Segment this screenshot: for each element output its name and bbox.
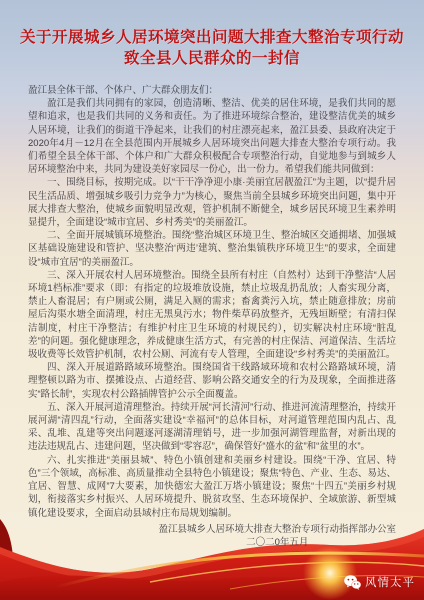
- letter-page: 关于开展城乡人居环境突出问题大排查大整治专项行动 致全县人民群众的一封信 盈江县…: [0, 0, 424, 600]
- signature-office: 盈江县城乡人居环境大排查大整治专项行动指挥部办公室: [158, 523, 396, 537]
- footer-brand[interactable]: 风情太平: [344, 574, 415, 590]
- signature-date: 二〇二0年五月: [158, 536, 396, 550]
- paragraph-item-2: 二、全面开展城镇环境整治。围绕“整治城区环境卫生、整治城区交通拥堵、加强城区基础…: [28, 229, 396, 269]
- signature-block: 盈江县城乡人居环境大排查大整治专项行动指挥部办公室 二〇二0年五月: [158, 523, 396, 550]
- paragraph-item-6: 六、扎实推进“美丽县城”、特色小镇创建和美丽乡村建设。围绕“干净、宜居、特色”三…: [28, 454, 396, 520]
- paragraph-intro: 盈江是我们共同拥有的家园，创造清晰、整洁、优美的居住环境，是我们共同的愿望和追求…: [28, 97, 396, 176]
- title-line-2: 致全县人民群众的一封信: [0, 48, 424, 69]
- paragraph-item-3: 三、深入开展农村人居环境整治。围绕全县所有村庄（自然村）达到干净整洁“人居环境1…: [28, 269, 396, 361]
- title-line-1: 关于开展城乡人居环境突出问题大排查大整治专项行动: [0, 27, 424, 48]
- paragraph-item-4: 四、深入开展道路路域环境整治。围绕国省干线路域环境和农村公路路域环境，清理整顿以…: [28, 361, 396, 401]
- footer-brand-label: 风情太平: [365, 574, 415, 590]
- wechat-icon: [344, 575, 361, 590]
- page-title: 关于开展城乡人居环境突出问题大排查大整治专项行动 致全县人民群众的一封信: [0, 27, 424, 69]
- paragraph-item-5: 五、深入开展河道清理整治。持续开展“河长清河”行动、推进河流清理整治，持续开展河…: [28, 401, 396, 454]
- salutation: 盈江县全体干部、个体户、广大群众朋友们：: [28, 84, 396, 97]
- letter-body: 盈江县全体干部、个体户、广大群众朋友们： 盈江是我们共同拥有的家园，创造清晰、整…: [28, 84, 396, 550]
- paragraph-item-1: 一、围绕目标，按期完成。以“干干净净迎小康·美丽宜居靓盈江”为主题，以“提升居民…: [28, 176, 396, 229]
